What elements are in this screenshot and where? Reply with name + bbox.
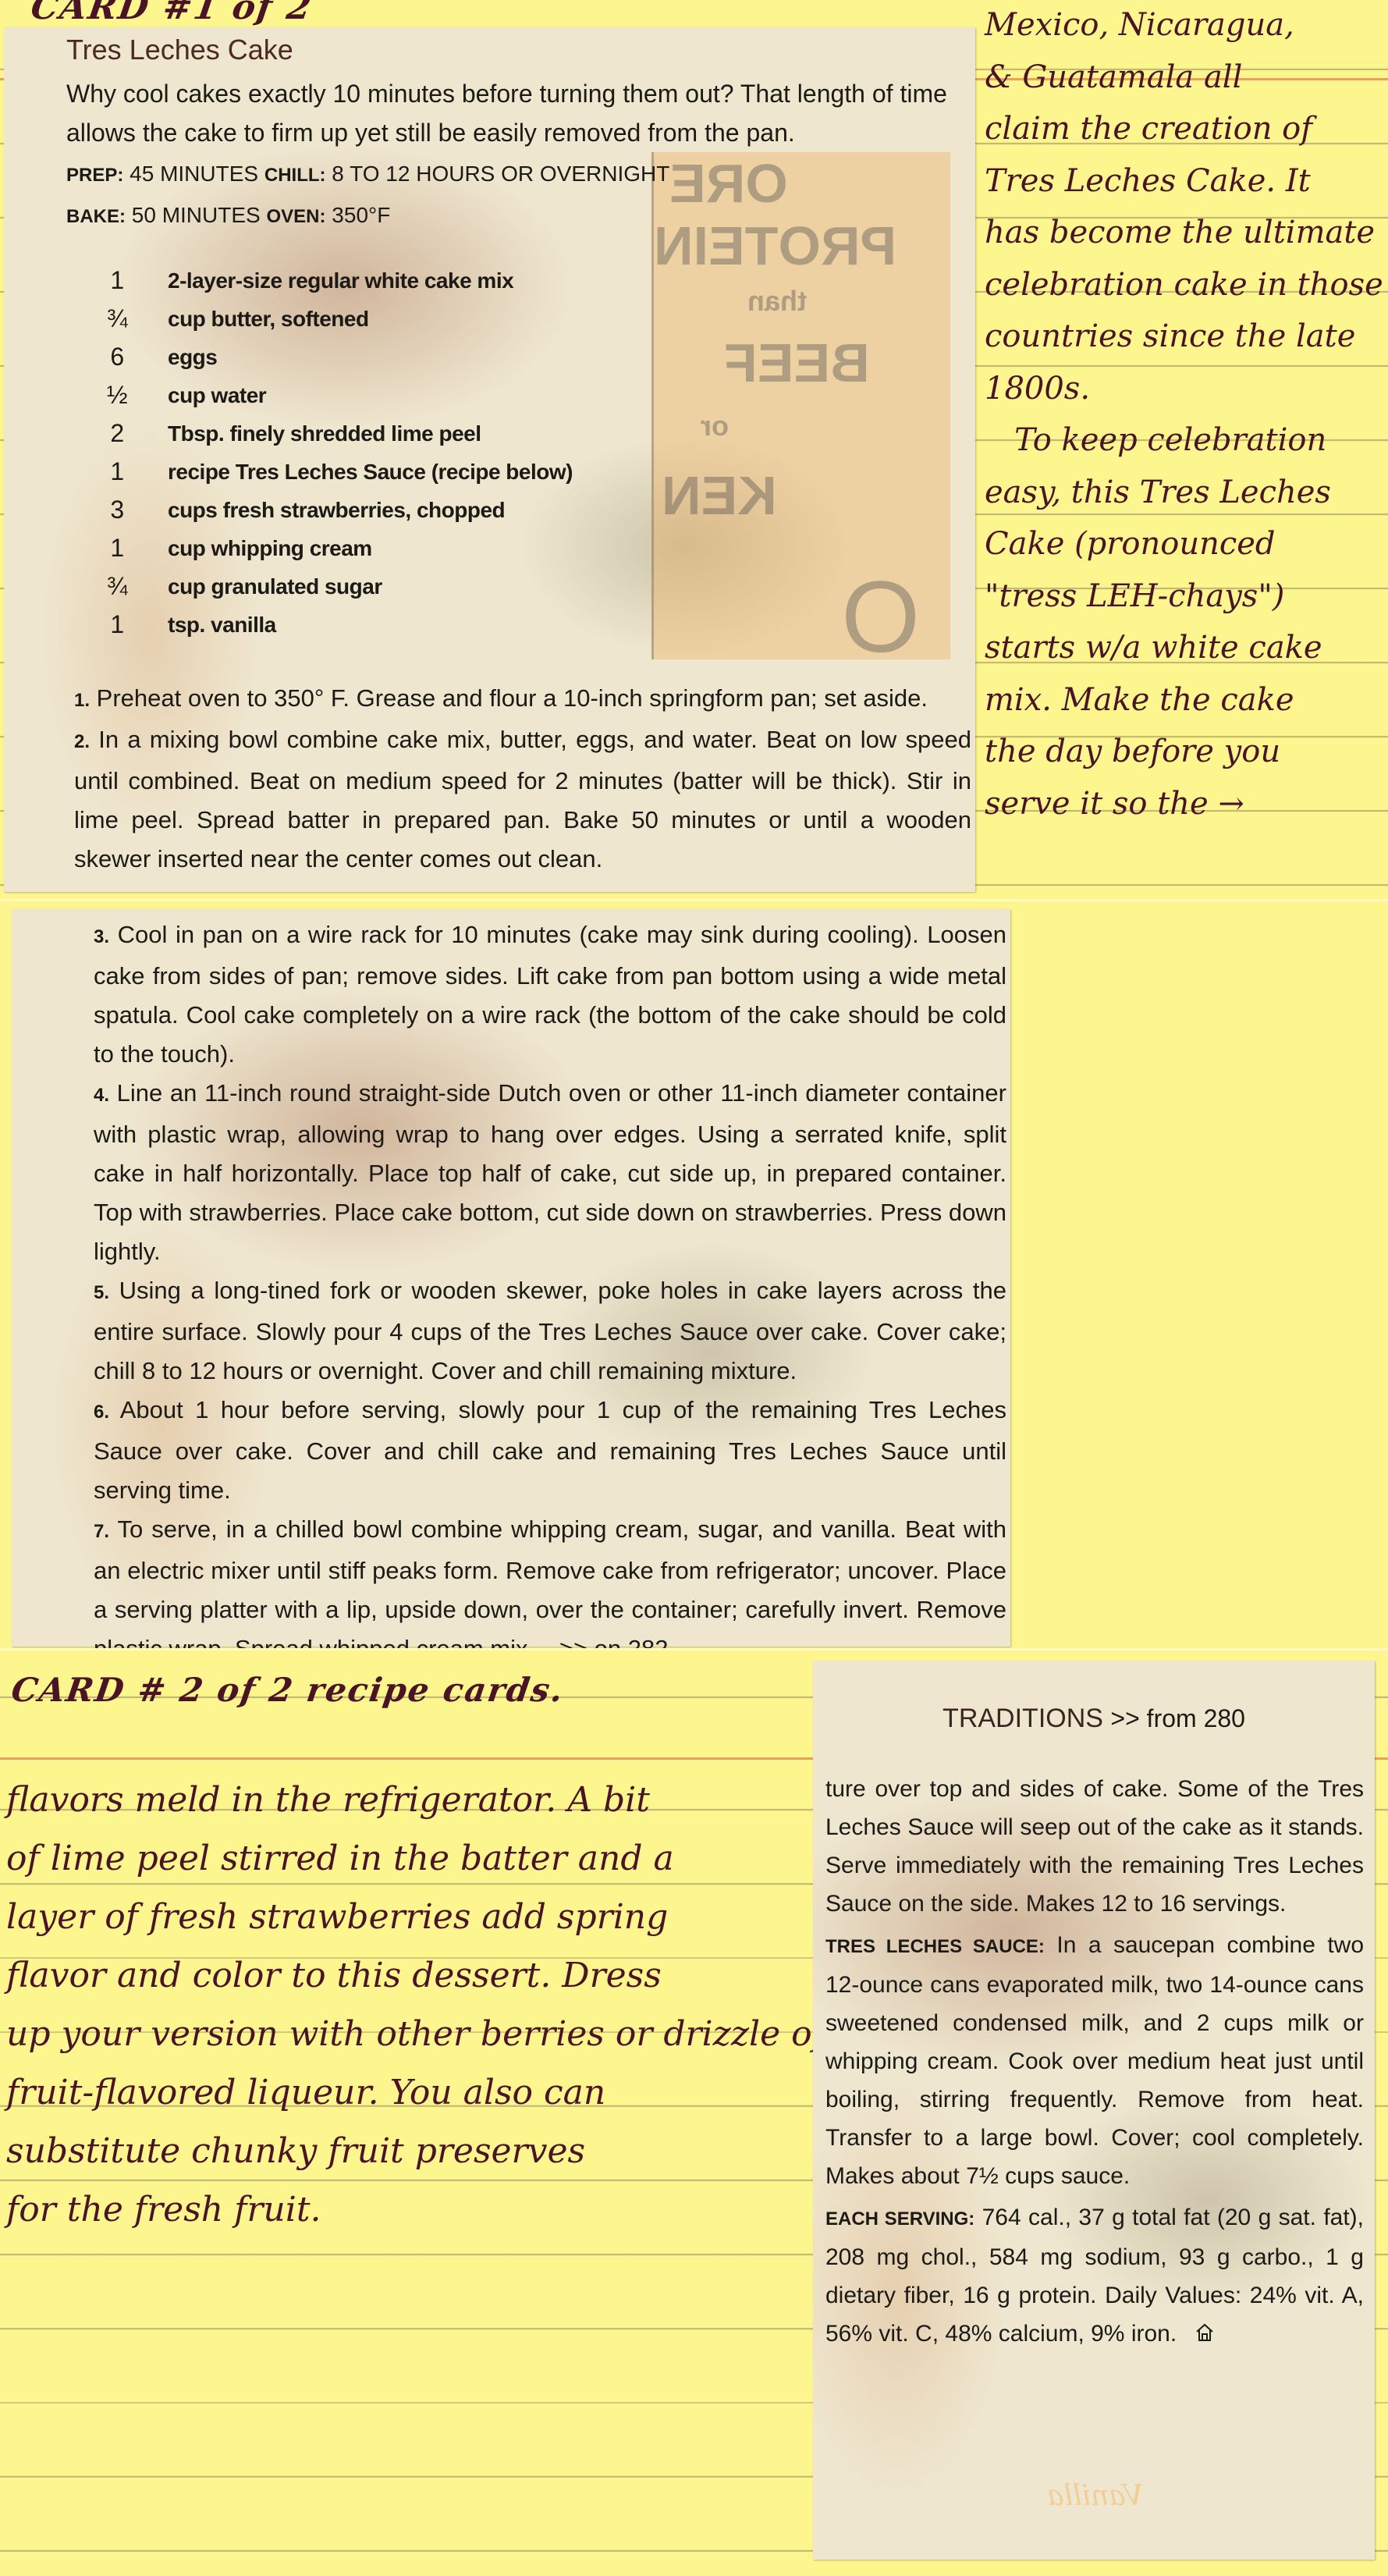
show-through-text: Vanilla (1047, 2480, 1143, 2512)
handwritten-line: celebration cake in those (985, 269, 1383, 300)
ingredient-name: eggs (168, 345, 217, 370)
ingredient-quantity: 1 (66, 534, 168, 563)
ingredient-name: cups fresh strawberries, chopped (168, 498, 505, 523)
handwritten-line: up your version with other berries or dr… (6, 2017, 825, 2052)
instruction-step: 6. About 1 hour before serving, slowly p… (94, 1391, 1006, 1510)
ingredient-list: 12-layer-size regular white cake mix¾cup… (66, 261, 573, 644)
ingredient-quantity: ½ (66, 381, 168, 410)
recipe-card-1: CARD #1 of 2 Mexico, Nicaragua,& Guatama… (0, 0, 1388, 899)
handwritten-line: flavors meld in the refrigerator. A bit (6, 1783, 650, 1817)
ingredient-name: cup granulated sugar (168, 574, 382, 599)
instruction-step: 4. Line an 11-inch round straight-side D… (94, 1074, 1006, 1271)
handwritten-line: To keep celebration (985, 425, 1326, 456)
handwritten-line: mix. Make the cake (985, 684, 1294, 716)
handwritten-line: "tress LEH-chays") (985, 581, 1284, 612)
handwritten-line: 1800s. (985, 373, 1090, 404)
card-1-label: CARD #1 of 2 (29, 0, 314, 25)
handwritten-line: for the fresh fruit. (6, 2193, 321, 2227)
newspaper-clipping-1: ORE PROTEIN than BEEF or KEN O Tres Lech… (4, 27, 975, 892)
ingredient-quantity: ¾ (66, 572, 168, 601)
handwritten-line: serve it so the → (985, 788, 1244, 819)
handwritten-line: of lime peel stirred in the batter and a (6, 1842, 674, 1876)
handwritten-line: Cake (pronounced (985, 528, 1276, 560)
handwritten-line: layer of fresh strawberries add spring (6, 1900, 668, 1935)
ingredient-row: 1cup whipping cream (66, 529, 573, 567)
ingredient-row: 3cups fresh strawberries, chopped (66, 491, 573, 529)
page-reference: >> from 280 (1110, 1704, 1245, 1732)
sauce-recipe: TRES LECHES SAUCE: In a saucepan combine… (825, 1926, 1364, 2195)
ingredient-quantity: 3 (66, 496, 168, 524)
ingredient-name: cup water (168, 383, 266, 408)
ingredient-name: cup butter, softened (168, 307, 369, 332)
instruction-steps-part-2: 3. Cool in pan on a wire rack for 10 min… (94, 915, 1006, 1668)
recipe-title: Tres Leches Cake (66, 34, 293, 66)
section-header: TRADITIONS >> from 280 (813, 1704, 1375, 1734)
ingredient-quantity: 2 (66, 419, 168, 448)
nutrition-info: EACH SERVING: 764 cal., 37 g total fat (… (825, 2198, 1364, 2354)
recipe-intro: Why cool cakes exactly 10 minutes before… (66, 74, 971, 152)
ingredient-row: ¾cup butter, softened (66, 300, 573, 338)
handwritten-line: has become the ultimate (985, 217, 1375, 248)
handwritten-line: Tres Leches Cake. It (985, 165, 1311, 197)
ingredient-quantity: 6 (66, 343, 168, 371)
ingredient-quantity: 1 (66, 457, 168, 486)
ingredient-name: Tbsp. finely shredded lime peel (168, 421, 481, 446)
card-2-label: CARD # 2 of 2 recipe cards. (9, 1674, 566, 1707)
ingredient-name: tsp. vanilla (168, 613, 276, 638)
ingredient-row: 1tsp. vanilla (66, 606, 573, 644)
clipping-3-body: ture over top and sides of cake. Some of… (825, 1770, 1364, 2357)
instruction-step: 2. In a mixing bowl combine cake mix, bu… (74, 720, 971, 879)
handwritten-line: starts w/a white cake (985, 632, 1322, 663)
handwritten-line: the day before you (985, 736, 1280, 767)
ingredient-row: 2Tbsp. finely shredded lime peel (66, 414, 573, 453)
ingredient-row: ½cup water (66, 376, 573, 414)
background-print: ORE PROTEIN than BEEF or KEN O (651, 152, 950, 659)
handwritten-line: easy, this Tres Leches (985, 477, 1331, 508)
recipe-continuation: ture over top and sides of cake. Some of… (825, 1770, 1364, 1923)
handwritten-line: & Guatamala all (985, 62, 1242, 93)
ingredient-name: 2-layer-size regular white cake mix (168, 268, 513, 293)
newspaper-clipping-3: TRADITIONS >> from 280 ture over top and… (813, 1661, 1375, 2560)
instruction-step: 5. Using a long-tined fork or wooden ske… (94, 1271, 1006, 1391)
handwritten-line: flavor and color to this dessert. Dress (6, 1959, 662, 1993)
instruction-steps-part-1: 1. Preheat oven to 350° F. Grease and fl… (74, 679, 971, 879)
recipe-times-row-1: PREP: 45 MINUTES CHILL: 8 TO 12 HOURS OR… (66, 162, 669, 187)
ingredient-quantity: 1 (66, 266, 168, 295)
handwritten-line: substitute chunky fruit preserves (6, 2134, 585, 2169)
ingredient-name: cup whipping cream (168, 536, 372, 561)
ingredient-quantity: ¾ (66, 304, 168, 333)
ingredient-row: 12-layer-size regular white cake mix (66, 261, 573, 300)
instruction-step: 1. Preheat oven to 350° F. Grease and fl… (74, 679, 971, 720)
ingredient-row: 6eggs (66, 338, 573, 376)
recipe-times-row-2: BAKE: 50 MINUTES OVEN: 350°F (66, 203, 390, 228)
handwritten-line: fruit-flavored liqueur. You also can (6, 2076, 605, 2110)
handwritten-line: countries since the late (985, 321, 1355, 352)
handwritten-line: claim the creation of (985, 113, 1312, 144)
ingredient-row: 1recipe Tres Leches Sauce (recipe below) (66, 453, 573, 491)
ingredient-row: ¾cup granulated sugar (66, 567, 573, 606)
instruction-step: 7. To serve, in a chilled bowl combine w… (94, 1510, 1006, 1668)
instruction-step: 3. Cool in pan on a wire rack for 10 min… (94, 915, 1006, 1074)
ingredient-quantity: 1 (66, 610, 168, 639)
ingredient-name: recipe Tres Leches Sauce (recipe below) (168, 460, 573, 485)
house-icon (1195, 2316, 1215, 2354)
handwritten-line: Mexico, Nicaragua, (985, 9, 1294, 41)
newspaper-clipping-2: 3. Cool in pan on a wire rack for 10 min… (12, 909, 1010, 1647)
